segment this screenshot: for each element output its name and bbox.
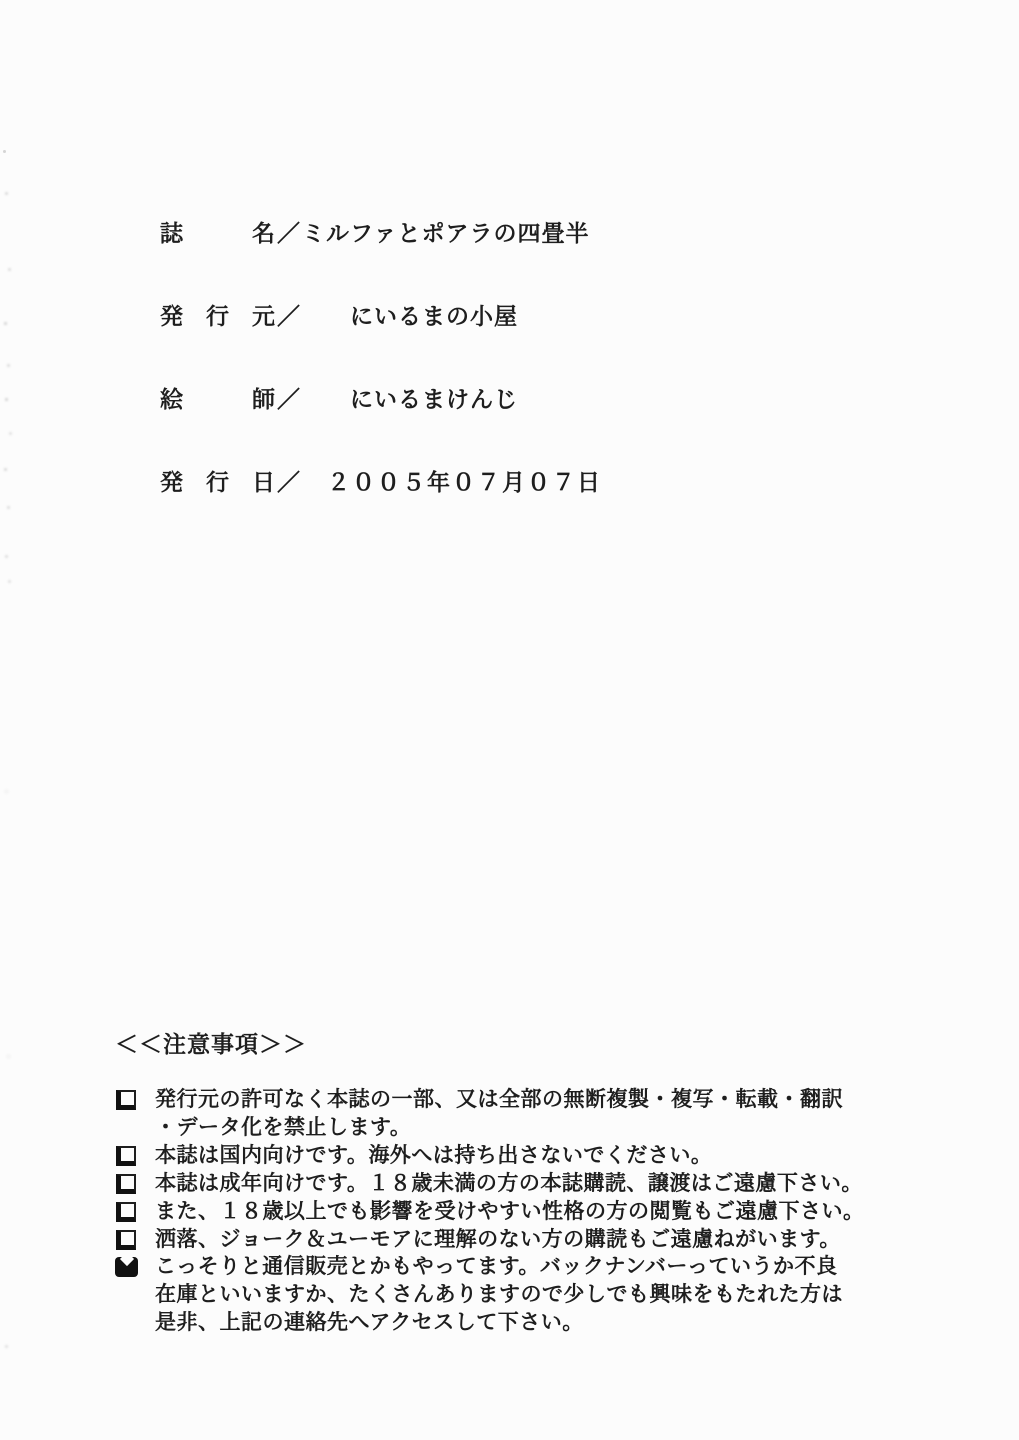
magazine-title-label: 誌 名 xyxy=(160,218,275,248)
scanned-page: 誌 名 ／ ミルファとポアラの四畳半 発 行 元 ／ にいるまの小屋 絵 師 ／… xyxy=(0,0,1019,1440)
magazine-title-row: 誌 名 ／ ミルファとポアラの四畳半 xyxy=(160,218,602,248)
artist-label: 絵 師 xyxy=(160,384,275,414)
publisher-label: 発 行 元 xyxy=(160,301,275,331)
notice-item-sensitive-readers: また、１８歳以上でも影響を受けやすい性格の方の閲覧もご遠慮下さい。 xyxy=(115,1197,960,1225)
notice-section: ＜＜注意事項＞＞ 発行元の許可なく本誌の一部、又は全部の無断複製・複写・転載・翻… xyxy=(115,1026,960,1337)
separator-slash: ／ xyxy=(277,384,300,414)
publisher-row: 発 行 元 ／ にいるまの小屋 xyxy=(160,301,602,331)
notice-item-copyright: 発行元の許可なく本誌の一部、又は全部の無断複製・複写・転載・翻訳 ・データ化を禁… xyxy=(115,1085,960,1141)
issue-date-value: ２００５年０７月０７日 xyxy=(302,467,602,497)
notice-item-adults-only: 本誌は成年向けです。１８歳未満の方の本誌購読、譲渡はご遠慮下さい。 xyxy=(115,1169,960,1197)
artist-row: 絵 師 ／ にいるまけんじ xyxy=(160,384,602,414)
notice-item-mail-order: こっそりと通信販売とかもやってます。バックナンバーっていうか不良 在庫といいます… xyxy=(115,1253,960,1337)
notice-item-text: 本誌は成年向けです。１８歳未満の方の本誌購読、譲渡はご遠慮下さい。 xyxy=(155,1169,863,1197)
notice-item-text: 本誌は国内向けです。海外へは持ち出さないでください。 xyxy=(155,1141,712,1169)
magazine-title-value: ミルファとポアラの四畳半 xyxy=(302,218,590,248)
cube-icon xyxy=(115,1257,138,1277)
colophon: 誌 名 ／ ミルファとポアラの四畳半 発 行 元 ／ にいるまの小屋 絵 師 ／… xyxy=(160,218,602,550)
checkbox-icon xyxy=(116,1230,136,1250)
notice-item-text: こっそりと通信販売とかもやってます。バックナンバーっていうか不良 在庫といいます… xyxy=(155,1253,843,1337)
artist-value: にいるまけんじ xyxy=(302,384,518,414)
checkbox-icon xyxy=(116,1174,136,1194)
checkbox-icon xyxy=(116,1090,136,1110)
separator-slash: ／ xyxy=(277,218,300,248)
issue-date-label: 発 行 日 xyxy=(160,467,275,497)
issue-date-row: 発 行 日 ／ ２００５年０７月０７日 xyxy=(160,467,602,497)
publisher-value: にいるまの小屋 xyxy=(302,301,518,331)
separator-slash: ／ xyxy=(277,301,300,331)
separator-slash: ／ xyxy=(277,467,300,497)
notice-heading: ＜＜注意事項＞＞ xyxy=(115,1026,960,1059)
scan-noise-left-edge xyxy=(3,150,6,153)
checkbox-icon xyxy=(116,1146,136,1166)
checkbox-icon xyxy=(116,1202,136,1222)
notice-item-text: 発行元の許可なく本誌の一部、又は全部の無断複製・複写・転載・翻訳 ・データ化を禁… xyxy=(155,1085,843,1141)
notice-item-text: また、１８歳以上でも影響を受けやすい性格の方の閲覧もご遠慮下さい。 xyxy=(155,1197,865,1225)
notice-item-text: 洒落、ジョーク＆ユーモアに理解のない方の購読もご遠慮ねがいます。 xyxy=(155,1225,841,1253)
notice-list: 発行元の許可なく本誌の一部、又は全部の無断複製・複写・転載・翻訳 ・データ化を禁… xyxy=(115,1085,960,1337)
notice-item-humor: 洒落、ジョーク＆ユーモアに理解のない方の購読もご遠慮ねがいます。 xyxy=(115,1225,960,1253)
notice-item-domestic-only: 本誌は国内向けです。海外へは持ち出さないでください。 xyxy=(115,1141,960,1169)
